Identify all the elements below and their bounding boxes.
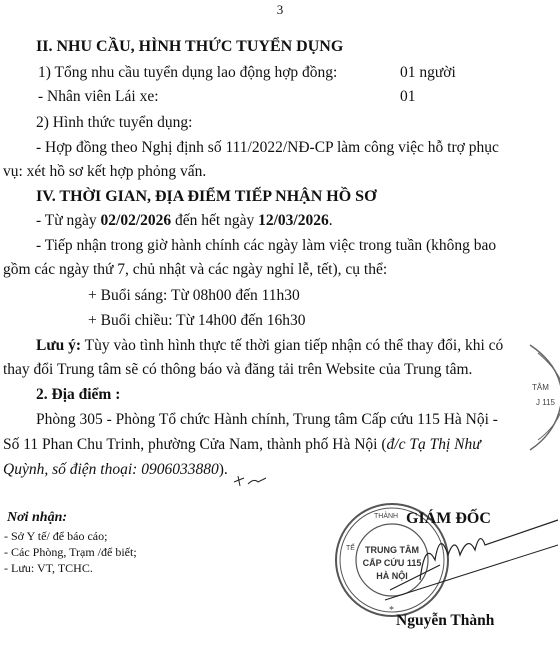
driver-value: 01: [400, 88, 416, 106]
note-label: Lưu ý:: [36, 337, 81, 354]
note-line1: Lưu ý: Tùy vào tình hình thực tế thời gi…: [36, 337, 503, 355]
location-heading: 2. Địa điểm :: [36, 386, 120, 404]
recruitment-form-line1: - Hợp đồng theo Nghị định số 111/2022/NĐ…: [36, 139, 499, 157]
recipients-title: Nơi nhận:: [7, 510, 67, 526]
section-4-heading: IV. THỜI GIAN, ĐỊA ĐIỂM TIẾP NHẬN HỒ SƠ: [36, 188, 377, 206]
recipient-item: - Lưu: VT, TCHC.: [4, 561, 93, 576]
signature-title: GIÁM ĐỐC: [406, 510, 491, 528]
recipient-item: - Sở Y tế/ để báo cáo;: [4, 529, 107, 544]
afternoon-hours: + Buổi chiều: Từ 14h00 đến 16h30: [88, 312, 305, 330]
location-line3: Quỳnh, số điện thoại: 0906033880).: [3, 461, 228, 479]
date-suffix: .: [329, 212, 333, 229]
page-number: 3: [0, 2, 560, 18]
total-demand-label: 1) Tổng nhu cầu tuyển dụng lao động hợp …: [38, 64, 337, 82]
partial-stamp-edge: TÂM J 115: [520, 335, 560, 455]
morning-hours: + Buổi sáng: Từ 08h00 đến 11h30: [88, 287, 300, 305]
handwritten-initial-mark: [230, 472, 270, 490]
location-line1: Phòng 305 - Phòng Tổ chức Hành chính, Tr…: [36, 411, 498, 429]
hours-line1: - Tiếp nhận trong giờ hành chính các ngà…: [36, 237, 496, 255]
hours-line2: gồm các ngày thứ 7, chủ nhật và các ngày…: [3, 261, 387, 279]
total-demand-value: 01 người: [400, 64, 456, 82]
date-prefix: - Từ ngày: [36, 212, 101, 229]
signer-name: Nguyễn Thành: [396, 612, 494, 630]
date-range: - Từ ngày 02/02/2026 đến hết ngày 12/03/…: [36, 212, 333, 230]
location-line2: Số 11 Phan Chu Trinh, phường Cửa Nam, th…: [3, 436, 481, 454]
date-start: 02/02/2026: [101, 212, 172, 229]
recruitment-form-label: 2) Hình thức tuyển dụng:: [36, 114, 193, 132]
recruitment-form-line2: vụ: xét hồ sơ kết hợp phỏng vấn.: [3, 163, 206, 181]
date-end: 12/03/2026: [258, 212, 329, 229]
driver-label: - Nhân viên Lái xe:: [38, 88, 159, 106]
date-mid: đến hết ngày: [171, 212, 258, 229]
svg-text:J 115: J 115: [536, 398, 556, 407]
svg-text:TÂM: TÂM: [532, 383, 549, 392]
recipient-item: - Các Phòng, Trạm /để biết;: [4, 545, 137, 560]
section-2-heading: II. NHU CẦU, HÌNH THỨC TUYỂN DỤNG: [36, 38, 343, 56]
note-line2: thay đổi Trung tâm sẽ có thông báo và đă…: [3, 361, 472, 379]
